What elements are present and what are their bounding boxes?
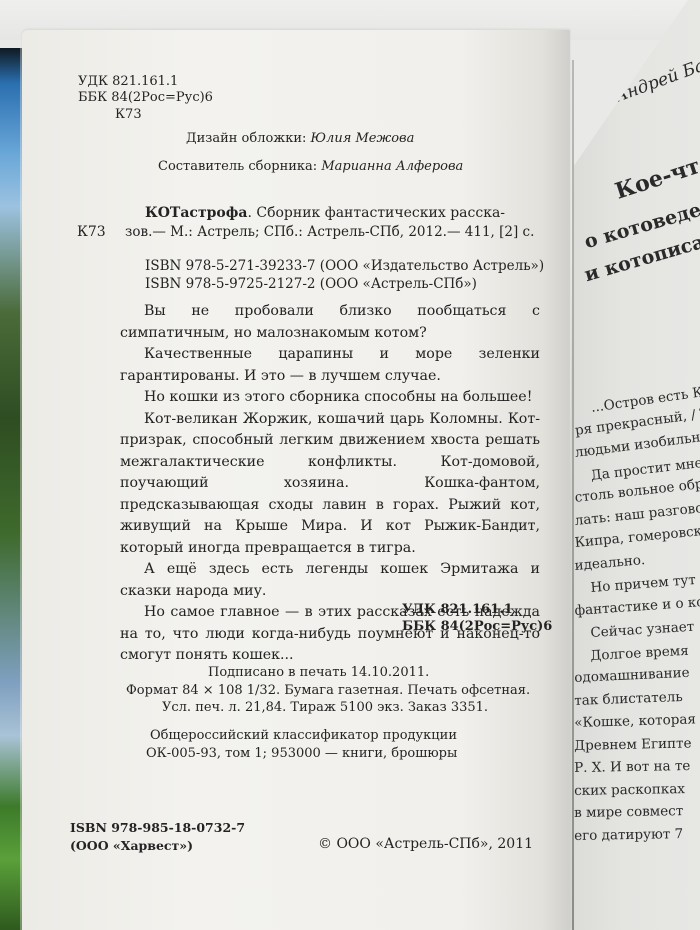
book-title: КОТастрофа	[145, 205, 247, 221]
bibliographic-code: К73	[77, 224, 106, 240]
copyright-notice: © ООО «Астрель-СПб», 2011	[318, 836, 533, 852]
right-page-line: Сейчас узнает	[590, 619, 695, 641]
udk-code: УДК 821.161.1	[78, 74, 178, 89]
right-page-line: так блистатель	[574, 688, 683, 708]
udk-code-bottom: УДК 821.161.1	[402, 602, 513, 617]
right-page-line: ских раскопках	[574, 781, 685, 799]
print-format: Формат 84 × 108 1/32. Бумага газетная. П…	[126, 683, 530, 698]
chapter-title-line-1: Кое-что	[612, 148, 700, 204]
author-sign: К73	[115, 107, 142, 122]
cover-design-credit: Дизайн обложки: Юлия Межова	[186, 131, 414, 146]
book-cover-edge	[0, 48, 24, 930]
annotation-paragraph: Вы не пробовали близко пообщаться с симп…	[120, 301, 540, 344]
annotation-paragraph: Качественные царапины и море зеленки гар…	[120, 344, 540, 387]
right-page-line: Долгое время	[590, 642, 689, 663]
bibliographic-desc: . Сборник фантастических расска-	[247, 205, 505, 221]
compiler-label: Составитель сборника:	[158, 159, 317, 174]
classifier-line-2: ОК-005-93, том 1; 953000 — книги, брошюр…	[146, 746, 457, 761]
right-page-line: его датируют 7	[574, 826, 683, 844]
annotation-paragraph: А ещё здесь есть легенды кошек Эрмитажа …	[120, 559, 540, 602]
bibliographic-line-2: зов.— М.: Астрель; СПб.: Астрель-СПб, 20…	[125, 224, 534, 240]
right-page: Андрей Бал Кое-что о котоведени и котопи…	[560, 0, 700, 930]
annotation-paragraph: Кот-великан Жоржик, кошачий царь Коломны…	[120, 409, 540, 560]
compiler-name: Марианна Алферова	[321, 159, 463, 174]
cover-design-name: Юлия Межова	[311, 131, 415, 146]
bbk-code: ББК 84(2Рос=Рус)6	[78, 90, 213, 105]
author-name: Андрей Бал	[612, 52, 700, 107]
isbn-1: ISBN 978-5-271-39233-7 (ООО «Издательств…	[145, 258, 544, 274]
classifier-line-1: Общероссийский классификатор продукции	[150, 728, 457, 743]
signed-for-print: Подписано в печать 14.10.2011.	[208, 665, 429, 680]
compiler-credit: Составитель сборника: Марианна Алферова	[158, 159, 463, 174]
page-gutter	[572, 60, 574, 930]
right-page-line: идеально.	[574, 552, 646, 574]
bbk-code-bottom: ББК 84(2Рос=Рус)6	[402, 619, 552, 634]
right-page-line: Но причем тут К	[590, 571, 700, 596]
bibliographic-line-1: КОТастрофа. Сборник фантастических расск…	[145, 205, 505, 221]
footer-publisher: (ООО «Харвест»)	[70, 838, 193, 853]
isbn-2: ISBN 978-5-9725-2127-2 (ООО «Астрель-СПб…	[145, 276, 477, 292]
right-page-line: Древнем Египте	[574, 735, 692, 754]
cover-design-label: Дизайн обложки:	[186, 131, 306, 146]
print-details: Усл. печ. л. 21,84. Тираж 5100 экз. Зака…	[162, 700, 488, 715]
right-page-line: «Кошке, которая	[574, 711, 696, 731]
annotation-paragraph: Но кошки из этого сборника способны на б…	[120, 387, 540, 409]
right-page-line: одомашнивание	[574, 665, 690, 686]
footer-isbn: ISBN 978-985-18-0732-7	[70, 820, 245, 835]
right-page-line: Р. Х. И вот на те	[574, 758, 690, 776]
right-page-line: в мире совмест	[574, 803, 683, 821]
right-page-line: фантастике и о ко	[574, 594, 700, 619]
